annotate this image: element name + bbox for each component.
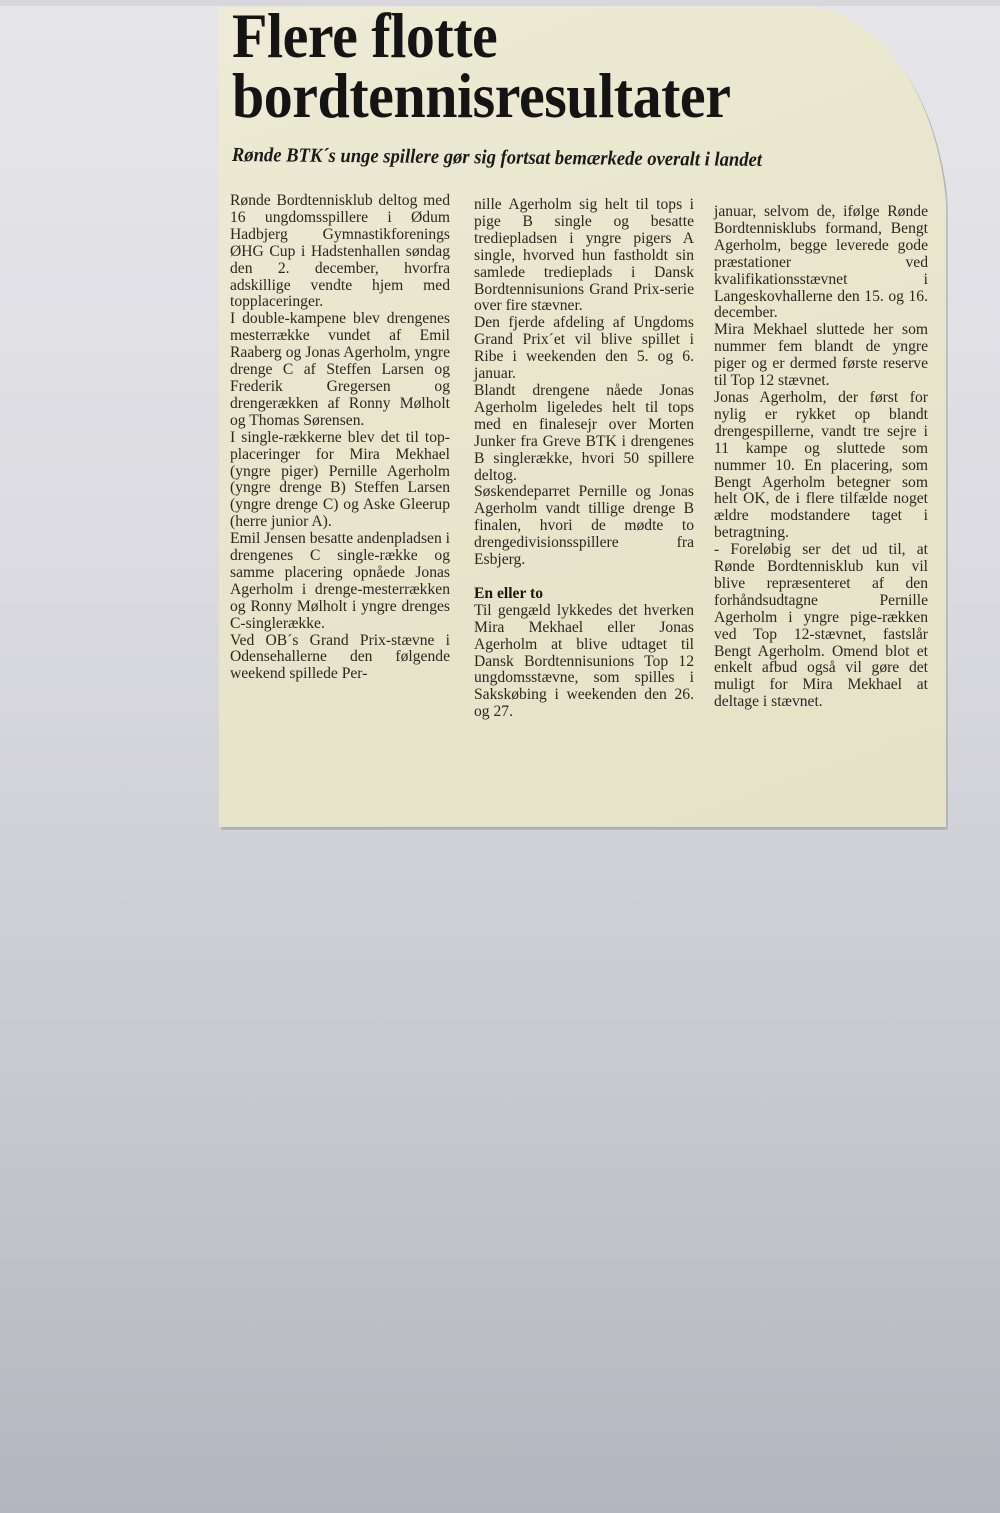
paragraph: Til gengæld lykkedes det hverken Mira Me… [474,603,694,721]
article-column-2: nille Agerholm sig helt til tops i pige … [474,197,694,721]
paragraph: Den fjerde afdeling af Ungdoms Grand Pri… [474,315,694,383]
article-column-1: Rønde Bordtennisklub deltog med 16 ungdo… [230,193,450,683]
paragraph: Ved OB´s Grand Prix-stævne i Odensehalle… [230,633,450,684]
paragraph: nille Agerholm sig helt til tops i pige … [474,197,694,315]
paragraph: Mira Mekhael sluttede her som nummer fem… [714,322,928,390]
headline-line-2: bordtennisresultater [232,66,730,126]
headline: Flere flotte bordtennisresultater [232,6,730,126]
paragraph: Blandt drengene nåede Jonas Agerholm lig… [474,383,694,484]
paragraph: I single-rækkerne blev det til top-place… [230,430,450,531]
paragraph: januar, selvom de, ifølge Rønde Bordtenn… [714,204,928,322]
paragraph: I double-kampene blev drengenes mesterræ… [230,311,450,429]
section-heading: En eller to [474,586,694,603]
headline-line-1: Flere flotte [232,6,730,66]
paragraph: Rønde Bordtennisklub deltog med 16 ungdo… [230,193,450,311]
paragraph: Søskendeparret Pernille og Jonas Agerhol… [474,484,694,569]
article-column-3: januar, selvom de, ifølge Rønde Bordtenn… [714,204,928,711]
paragraph: Emil Jensen besatte andenpladsen i dreng… [230,531,450,632]
paragraph: Jonas Agerholm, der først for nylig er r… [714,390,928,542]
paragraph: - Foreløbig ser det ud til, at Rønde Bor… [714,542,928,711]
